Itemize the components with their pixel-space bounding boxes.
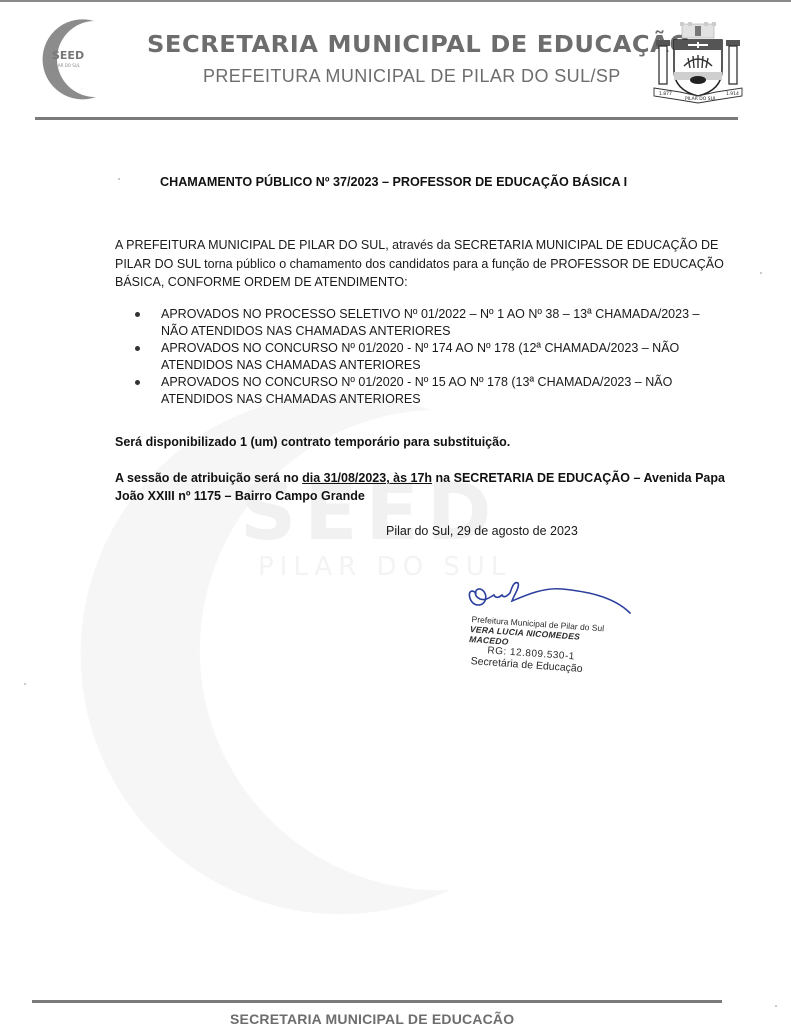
- list-item: APROVADOS NO CONCURSO Nº 01/2020 - Nº 15…: [132, 374, 712, 407]
- footer-divider: [32, 1000, 722, 1003]
- bullet-icon: [135, 380, 140, 385]
- contract-notice: Será disponibilizado 1 (um) contrato tem…: [115, 435, 510, 449]
- signature-stamp: Prefeitura Municipal de Pilar do Sul VER…: [466, 614, 619, 677]
- svg-text:PILAR DO SUL: PILAR DO SUL: [685, 96, 717, 102]
- candidate-groups-list: APROVADOS NO PROCESSO SELETIVO Nº 01/202…: [132, 306, 712, 408]
- list-item: APROVADOS NO PROCESSO SELETIVO Nº 01/202…: [132, 306, 712, 339]
- header-subtitle: PREFEITURA MUNICIPAL DE PILAR DO SUL/SP: [203, 66, 621, 87]
- scan-speck: [775, 1005, 777, 1007]
- coat-of-arms-icon: 1.877 PILAR DO SUL 1.914: [650, 22, 746, 104]
- session-paragraph: A sessão de atribuição será no dia 31/08…: [115, 470, 735, 505]
- svg-text:1.914: 1.914: [726, 91, 739, 97]
- list-item: APROVADOS NO CONCURSO Nº 01/2020 - Nº 17…: [132, 340, 712, 373]
- intro-paragraph: A PREFEITURA MUNICIPAL DE PILAR DO SUL, …: [115, 236, 735, 292]
- header-divider: [35, 117, 738, 120]
- bullet-icon: [135, 312, 140, 317]
- scan-speck: [24, 683, 26, 685]
- scan-speck: [760, 272, 762, 274]
- svg-text:PILAR DO SUL: PILAR DO SUL: [52, 63, 81, 68]
- svg-text:1.877: 1.877: [659, 91, 672, 97]
- scan-speck: [118, 178, 120, 180]
- svg-text:SEED: SEED: [52, 49, 84, 62]
- dateline: Pilar do Sul, 29 de agosto de 2023: [386, 524, 578, 538]
- scan-top-edge: [0, 0, 791, 2]
- bullet-icon: [135, 346, 140, 351]
- document-title: CHAMAMENTO PÚBLICO Nº 37/2023 – PROFESSO…: [160, 175, 627, 189]
- seed-logo-icon: SEED PILAR DO SUL: [36, 15, 118, 103]
- session-date: dia 31/08/2023, às 17h: [302, 471, 432, 485]
- footer-text: SECRETARIA MUNICIPAL DE EDUCAÇÃO: [230, 1011, 514, 1024]
- header-title: SECRETARIA MUNICIPAL DE EDUCAÇÃO: [147, 32, 672, 58]
